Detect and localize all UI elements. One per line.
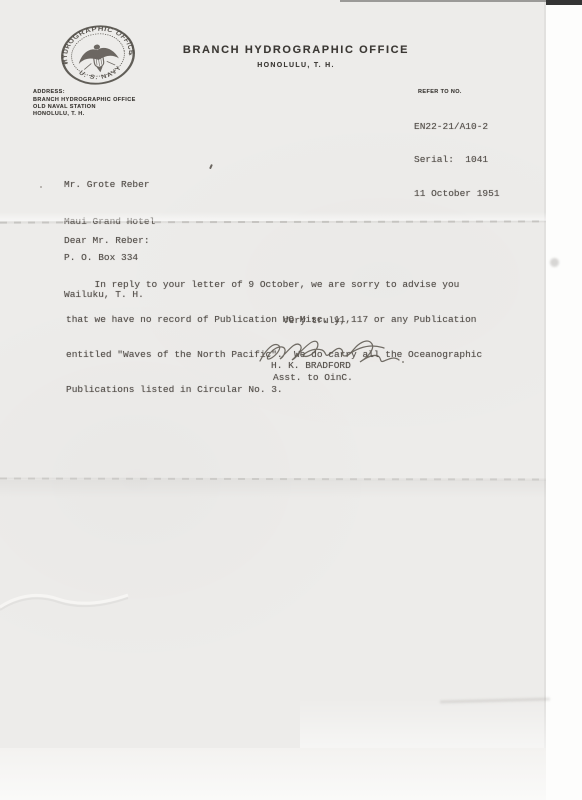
letterhead-title: BRANCH HYDROGRAPHIC OFFICE bbox=[150, 44, 442, 56]
scan-corner-mark bbox=[546, 0, 582, 5]
recipient-line: Mr. Grote Reber bbox=[64, 179, 155, 191]
scanned-letter: HYDROGRAPHIC OFFICE U. S. NAVY ★ ★ BRANC… bbox=[0, 0, 582, 800]
paper-right-edge bbox=[544, 0, 546, 800]
address-line: BRANCH HYDROGRAPHIC OFFICE bbox=[33, 97, 136, 104]
closing-phrase: Very truly, bbox=[283, 315, 346, 327]
reference-block: EN22-21/A10-2 Serial: 1041 11 October 19… bbox=[414, 98, 500, 222]
letterhead-subtitle: HONOLULU, T. H. bbox=[150, 62, 442, 69]
body-line: that we have no record of Publication HO… bbox=[66, 314, 482, 326]
typed-signer-title: Asst. to OinC. bbox=[273, 372, 353, 384]
fold-shadow-middle bbox=[0, 480, 546, 498]
stray-ink-dot bbox=[40, 186, 42, 188]
body-line: In reply to your letter of 9 October, we… bbox=[66, 279, 482, 291]
address-line: HONOLULU, T. H. bbox=[33, 111, 136, 118]
reference-serial: Serial: 1041 bbox=[414, 154, 500, 165]
refer-to-label: REFER TO NO. bbox=[418, 89, 462, 95]
address-line: OLD NAVAL STATION bbox=[33, 104, 136, 111]
bottom-soft-light bbox=[300, 698, 546, 748]
scan-top-edge-line bbox=[340, 0, 546, 2]
paper-wrinkle-line bbox=[0, 585, 130, 615]
punch-hole-shadow bbox=[550, 258, 559, 267]
body-line: Publications listed in Circular No. 3. bbox=[66, 384, 482, 396]
reference-date: 11 October 1951 bbox=[414, 188, 500, 199]
address-label: ADDRESS: bbox=[33, 89, 136, 96]
letterhead-address-block: ADDRESS: BRANCH HYDROGRAPHIC OFFICE OLD … bbox=[33, 89, 136, 118]
paper-bottom-band bbox=[0, 748, 546, 800]
salutation: Dear Mr. Reber: bbox=[64, 235, 150, 247]
typed-signer-name: H. K. BRADFORD bbox=[271, 360, 351, 372]
reference-file-number: EN22-21/A10-2 bbox=[414, 121, 500, 132]
navy-seal-stamp: HYDROGRAPHIC OFFICE U. S. NAVY ★ ★ bbox=[55, 19, 141, 91]
